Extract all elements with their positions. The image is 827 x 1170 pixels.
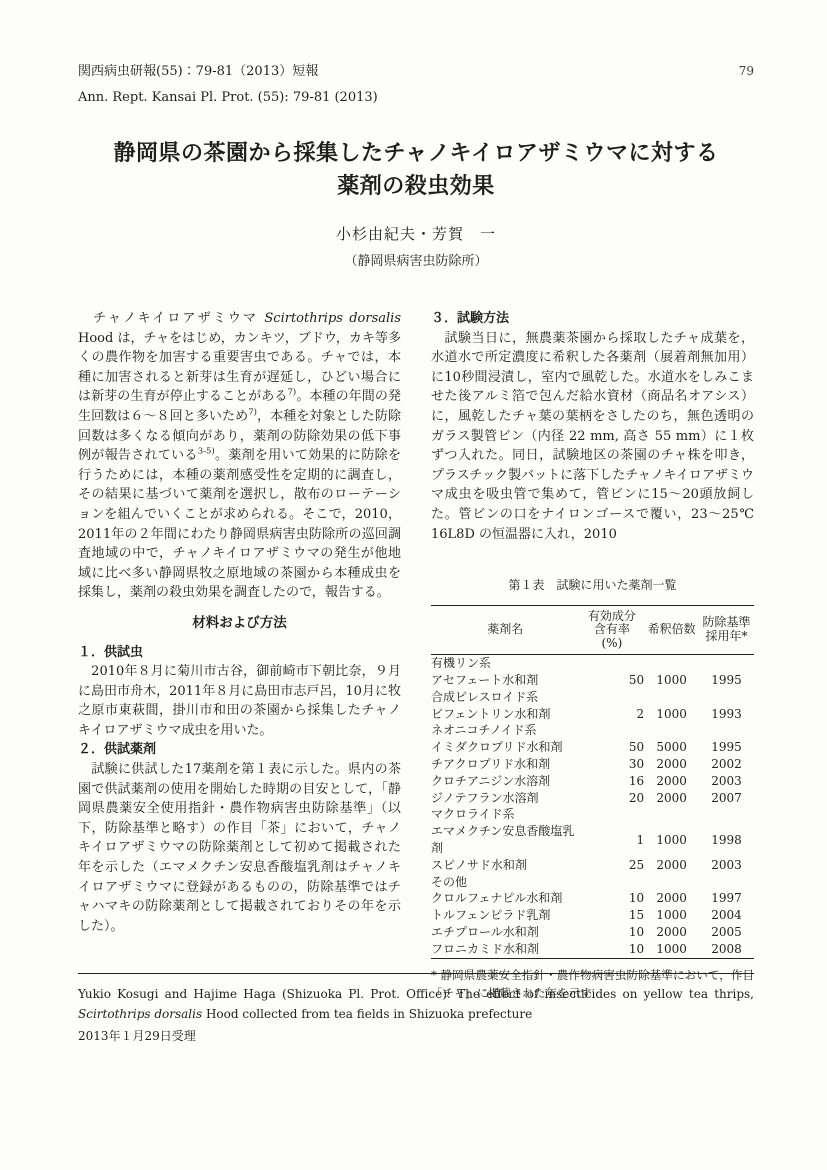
table-data-row: ビフェントリン水和剤210001993 (431, 706, 754, 723)
article-title: 静岡県の茶園から採集したチャノキイロアザミウマに対する 薬剤の殺虫効果 (78, 137, 754, 203)
table-data-row: トルフェンピラド乳剤1510002004 (431, 907, 754, 924)
paragraph-test-chemicals: 試験に供試した17薬剤を第１表に示した。県内の茶園で供試薬剤の使用を開始した時期… (78, 760, 401, 936)
table-data-row: ジノテフラン水溶剤2020002007 (431, 790, 754, 807)
table-title: 第１表 試験に用いた薬剤一覧 (431, 576, 754, 596)
column-header-0: 薬剤名 (431, 605, 580, 655)
left-column: チャノキイロアザミウマ Scirtothrips dorsalis Hood は… (78, 309, 401, 1002)
article-title-line2: 薬剤の殺虫効果 (78, 170, 754, 203)
column-header-2: 希釈倍数 (644, 605, 699, 655)
drug-table-block: 第１表 試験に用いた薬剤一覧 薬剤名有効成分含有率(%)希釈倍数防除基準採用年*… (431, 576, 754, 1001)
table-data-row: アセフェート水和剤5010001995 (431, 672, 754, 689)
table-data-row: フロニカミド水和剤1010002008 (431, 941, 754, 958)
article-title-line1: 静岡県の茶園から採集したチャノキイロアザミウマに対する (78, 137, 754, 170)
affiliation: （静岡県病害虫防除所） (78, 250, 754, 269)
table-data-row: チアクロプリド水和剤3020002002 (431, 756, 754, 773)
drug-table: 薬剤名有効成分含有率(%)希釈倍数防除基準採用年* 有機リン系アセフェート水和剤… (431, 605, 754, 959)
footer-divider (78, 973, 754, 974)
table-data-row: スピノサド水和剤2520002003 (431, 857, 754, 874)
paragraph-test-method: 試験当日に，無農薬茶園から採取したチャ成葉を，水道水で所定濃度に希釈した各薬剤（… (431, 329, 754, 545)
table-data-row: クロルフェナピル水和剤1020001997 (431, 890, 754, 907)
drug-table-header: 薬剤名有効成分含有率(%)希釈倍数防除基準採用年* (431, 605, 754, 655)
intro-paragraph: チャノキイロアザミウマ Scirtothrips dorsalis Hood は… (78, 309, 401, 603)
table-group-row: その他 (431, 874, 754, 891)
table-data-row: クロチアニジン水溶剤1620002003 (431, 773, 754, 790)
footer-citation-en: Yukio Kosugi and Hajime Haga (Shizuoka P… (78, 984, 754, 1024)
table-data-row: イミダクロプリド水和剤5050001995 (431, 739, 754, 756)
journal-citation-en: Ann. Rept. Kansai Pl. Prot. (55): 79-81 … (78, 90, 378, 105)
table-data-row: エチプロール水和剤1020002005 (431, 924, 754, 941)
paper-page: 関西病虫研報(55)：79-81（2013）短報 79 Ann. Rept. K… (0, 0, 827, 1170)
table-group-row: マクロライド系 (431, 806, 754, 823)
column-header-3: 防除基準採用年* (699, 605, 754, 655)
column-header-1: 有効成分含有率(%) (580, 605, 645, 655)
page-footer: Yukio Kosugi and Hajime Haga (Shizuoka P… (78, 973, 754, 1046)
authors: 小杉由紀夫・芳賀 一 (78, 223, 754, 244)
section-heading-materials: 材料および方法 (78, 614, 401, 634)
subsection-test-chemicals: ２．供試薬剤 (78, 740, 401, 760)
right-column: ３．試験方法 試験当日に，無農薬茶園から採取したチャ成葉を，水道水で所定濃度に希… (431, 309, 754, 1002)
subsection-test-method: ３．試験方法 (431, 309, 754, 329)
page-number: 79 (739, 58, 754, 84)
page-header: 関西病虫研報(55)：79-81（2013）短報 79 Ann. Rept. K… (78, 58, 754, 111)
table-group-row: 有機リン系 (431, 655, 754, 672)
paragraph-test-insects: 2010年８月に菊川市古谷，御前崎市下朝比奈，９月に島田市舟木，2011年８月に… (78, 662, 401, 740)
journal-citation-jp: 関西病虫研報(55)：79-81（2013）短報 (78, 59, 318, 85)
subsection-test-insects: １．供試虫 (78, 643, 401, 663)
table-data-row: エマメクチン安息香酸塩乳剤110001998 (431, 823, 754, 857)
table-group-row: ネオニコチノイド系 (431, 722, 754, 739)
received-date: 2013年１月29日受理 (78, 1026, 754, 1046)
table-group-row: 合成ピレスロイド系 (431, 689, 754, 706)
